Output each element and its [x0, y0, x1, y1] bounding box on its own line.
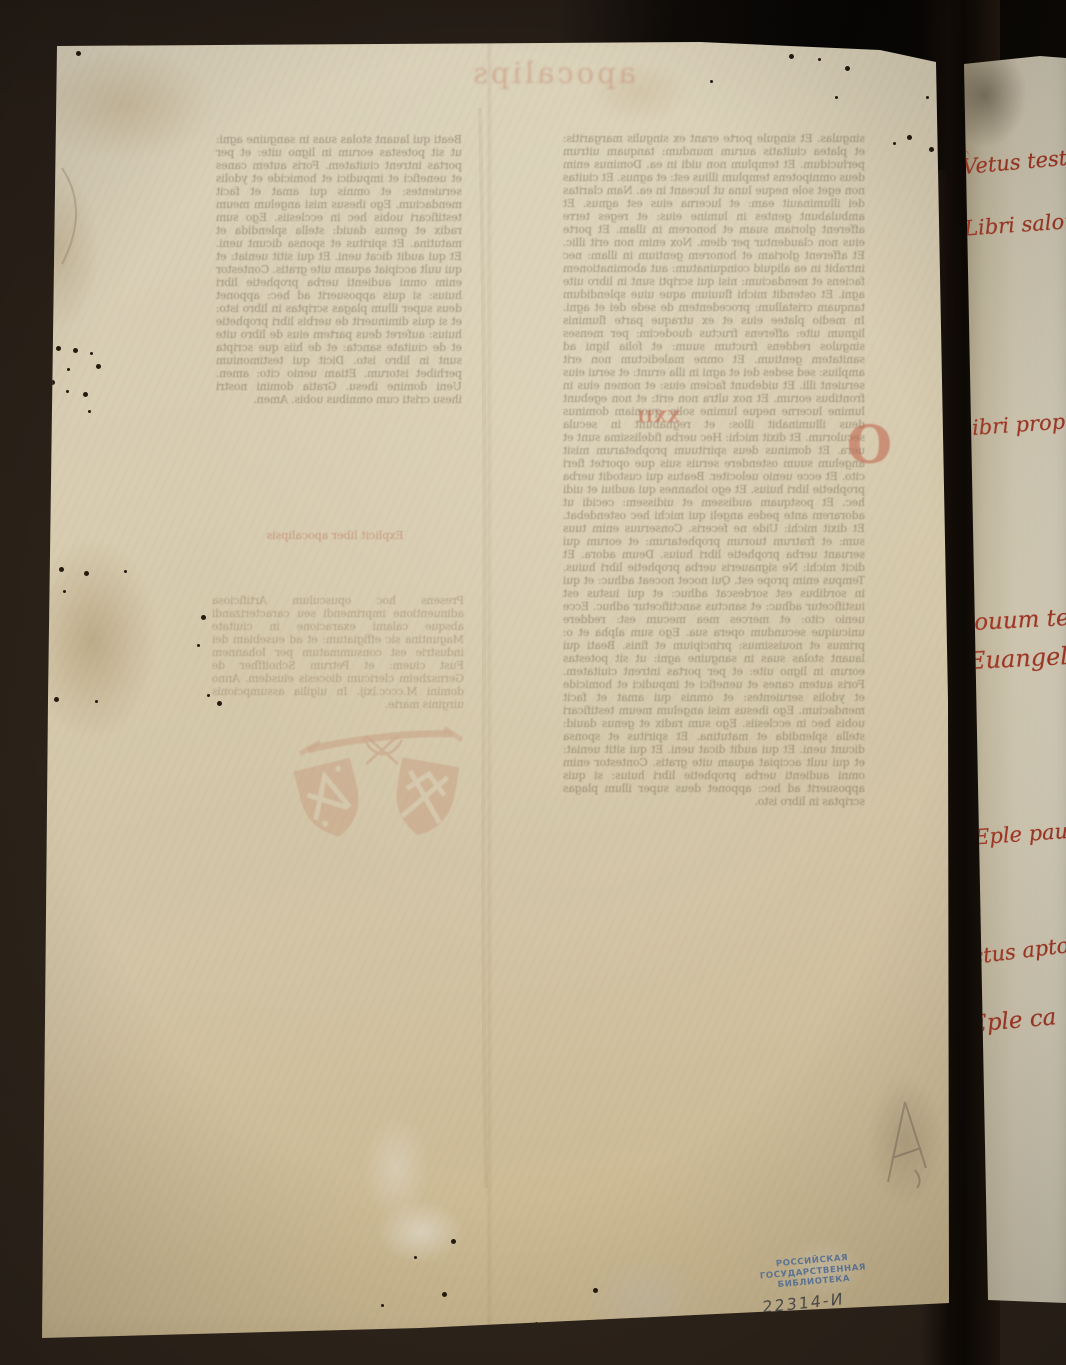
pencil-scribble-and-creases [0, 0, 1066, 1365]
library-stamp: РОССИЙСКАЯ ГОСУДАРСТВЕННАЯ БИБЛИОТЕКА [756, 1251, 870, 1292]
margin-label-libri-prophetarum: Libri prophet [957, 407, 1066, 441]
showthrough-explicit-line: Explicit liber apocalipsis [222, 529, 448, 542]
showthrough-right-column: singulas. Et singule porte erant ex sing… [563, 132, 865, 1088]
showthrough-chapter-number: XXII [620, 407, 680, 426]
margin-label-evangelia: Euangelia [967, 641, 1066, 675]
margin-label-vetus-testamentum: Vetus testam [961, 143, 1066, 179]
showthrough-left-column: Beati qui lauant stolas suas in sanguine… [216, 133, 462, 406]
margin-label-epistolae-pauli: Eple paul [973, 819, 1066, 850]
showthrough-running-title: apocalips [438, 56, 668, 90]
showthrough-colophon: Presens hoc opusculum Artificiosa adinue… [212, 594, 464, 711]
shelfmark-number: 22314-И [762, 1286, 872, 1317]
showthrough-chapter-initial: O [836, 420, 892, 472]
manuscript-photo: Vetus testam Libri salomo Libri prophet … [0, 0, 1066, 1365]
fust-schoeffer-device-icon [294, 724, 466, 866]
vellum-page-verso: apocalips Beati qui lauant stolas suas i… [0, 0, 1066, 1365]
margin-label-libri-salomonis: Libri salomo [963, 207, 1066, 240]
wormhole-specks [0, 0, 3, 3]
